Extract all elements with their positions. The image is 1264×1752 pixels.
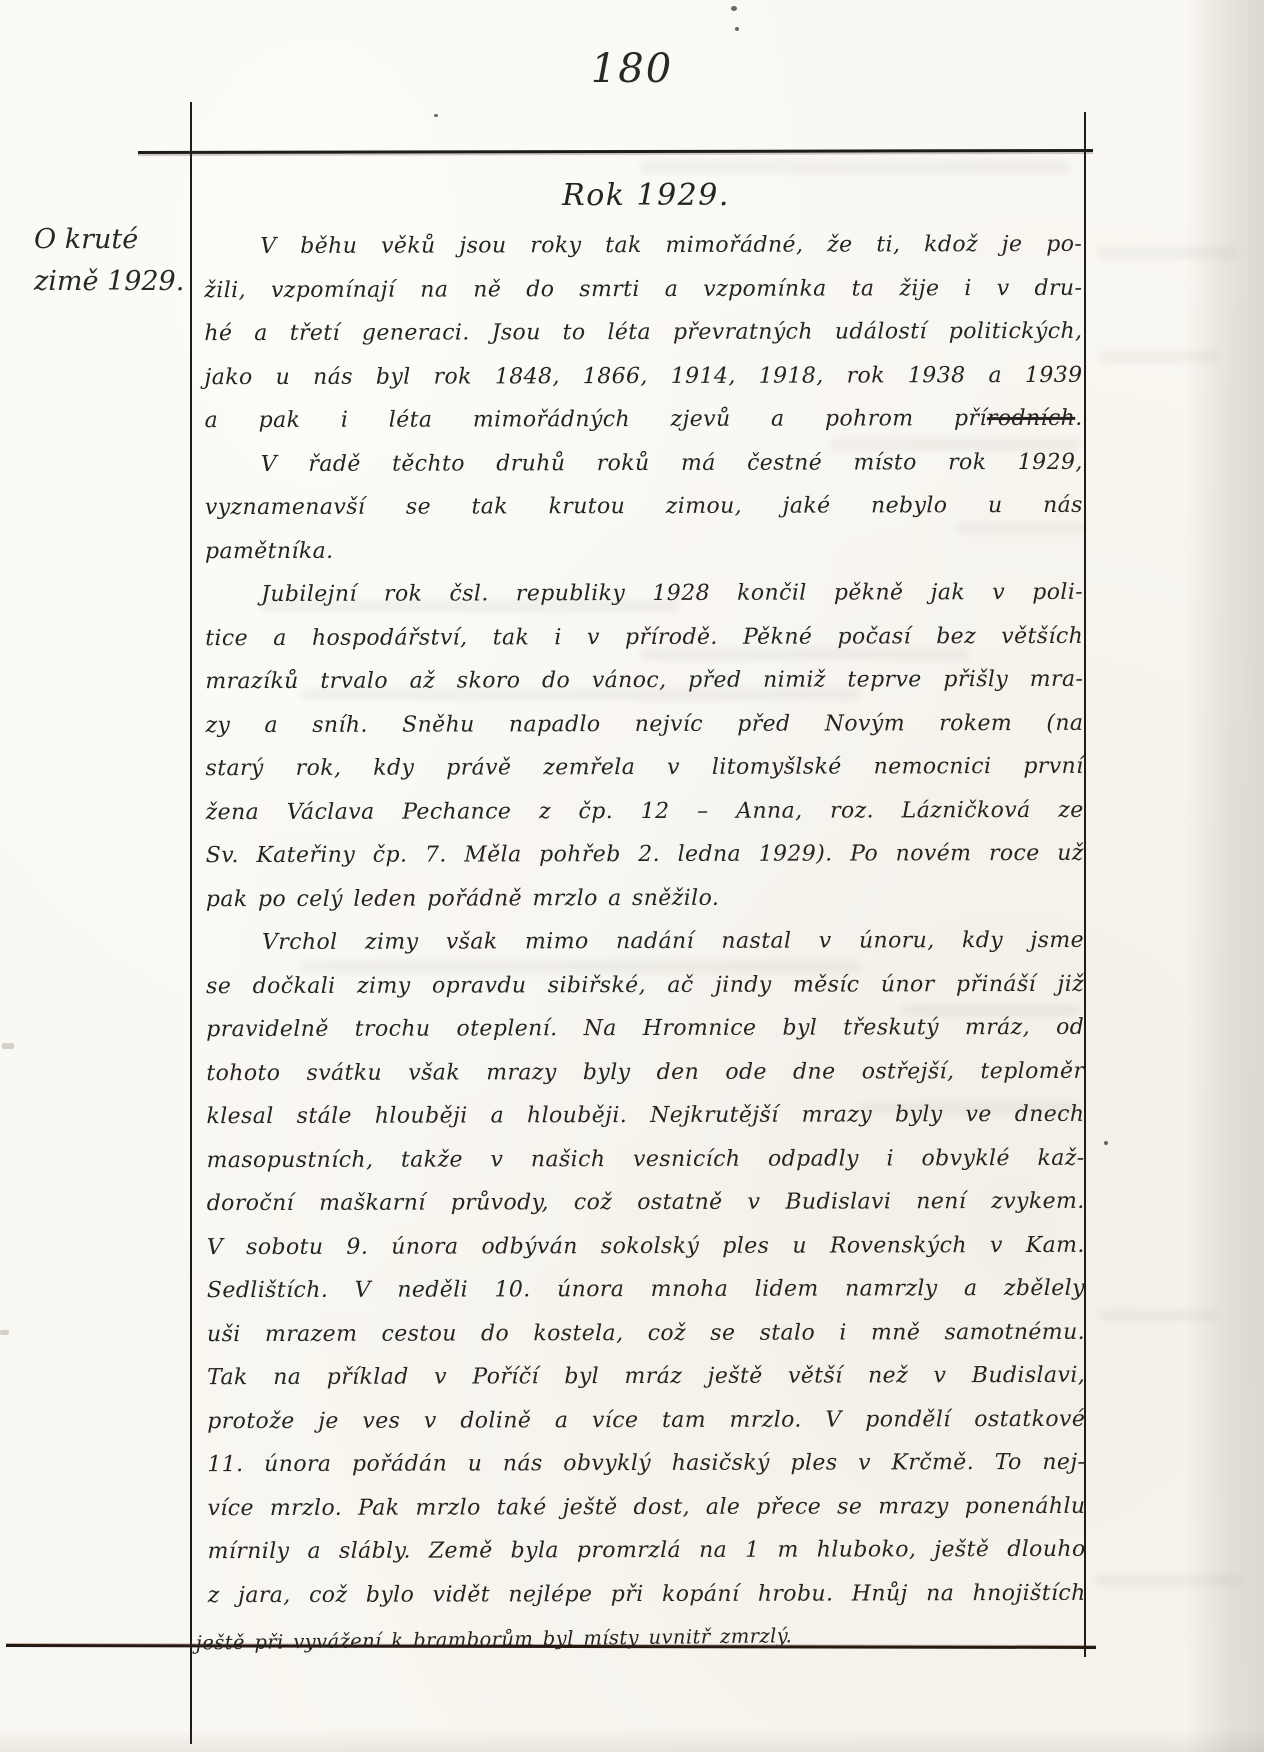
margin-note-line: zimě 1929. [34, 261, 194, 303]
bleedthrough-mark [1098, 247, 1238, 259]
handwritten-line: zy a sníh. Sněhu napadlo nejvíc před Nov… [205, 701, 1083, 747]
handwritten-line: mírnily a slábly. Země byla promrzlá na … [208, 1528, 1086, 1574]
handwritten-line: hé a třetí generaci. Jsou to léta převra… [204, 310, 1082, 356]
handwritten-line-with-strikethrough: a pak i léta mimořádných zjevů a pohrom … [205, 397, 1083, 443]
handwritten-line: pak po celý leden pořádně mrzlo a sněžil… [206, 875, 1084, 921]
handwritten-line: protože je ves v dolině a více tam mrzlo… [207, 1397, 1085, 1443]
struck-text: rodních [987, 406, 1075, 431]
handwritten-line: ještě při vyvážení k bramborům byl místy… [196, 1611, 1086, 1665]
handwritten-line: z jara, což bylo vidět nejlépe při kopán… [208, 1571, 1086, 1617]
page-corner [0, 0, 30, 30]
handwritten-line: V řadě těchto druhů roků má čestné místo… [205, 440, 1083, 486]
handwritten-line: masopustních, takže v našich vesnicích o… [207, 1136, 1085, 1182]
handwritten-line: uši mrazem cestou do kostela, což se sta… [207, 1310, 1085, 1356]
bleedthrough-mark [640, 160, 1070, 174]
handwritten-line: více mrzlo. Pak mrzlo také ještě dost, a… [207, 1484, 1085, 1530]
top-horizontal-rule [138, 149, 1093, 154]
handwritten-line: jako u nás byl rok 1848, 1866, 1914, 191… [204, 353, 1082, 399]
handwritten-line: 11. února pořádán u nás obvyklý hasičský… [207, 1441, 1085, 1487]
handwritten-line: pravidelně trochu oteplení. Na Hromnice … [206, 1006, 1084, 1052]
handwritten-body: V běhu věků jsou roky tak mimořádné, že … [204, 223, 1086, 1661]
scan-speck [735, 27, 739, 31]
handwritten-line: V běhu věků jsou roky tak mimořádné, že … [204, 223, 1082, 269]
margin-note: O kruté zimě 1929. [34, 219, 194, 303]
handwritten-line: Tak na příklad v Poříčí byl mráz ještě v… [207, 1354, 1085, 1400]
chronicle-page-scan: 180 O kruté zimě 1929. Rok 1929. V běhu … [0, 0, 1264, 1752]
handwritten-line: vyznamenavší se tak krutou zimou, jaké n… [205, 484, 1083, 530]
handwritten-line: žili, vzpomínají na ně do smrti a vzpomí… [204, 266, 1082, 312]
bleedthrough-mark [1100, 352, 1220, 362]
handwritten-line: tice a hospodářství, tak i v přírodě. Pě… [205, 614, 1083, 660]
scan-speck [731, 6, 737, 11]
handwritten-line: Sv. Kateřiny čp. 7. Měla pohřeb 2. ledna… [206, 832, 1084, 878]
scan-speck [1104, 1141, 1108, 1145]
handwritten-line: pamětníka. [205, 527, 1083, 573]
page-title: Rok 1929. [207, 178, 1085, 213]
handwritten-line: Sedlištích. V neděli 10. února mnoha lid… [207, 1267, 1085, 1313]
line-text: a pak i léta mimořádných zjevů a pohrom … [205, 406, 987, 433]
handwritten-line: Jubilejní rok čsl. republiky 1928 končil… [205, 571, 1083, 617]
bleedthrough-mark [1100, 1310, 1220, 1320]
page-edge-shadow [1186, 0, 1264, 1752]
handwritten-line: mrazíků trvalo až skoro do vánoc, před n… [205, 658, 1083, 704]
margin-note-line: O kruté [34, 219, 194, 261]
left-margin-rule [190, 102, 192, 1744]
handwritten-line: doroční maškarní průvody, což ostatně v … [207, 1180, 1085, 1226]
handwritten-line: starý rok, kdy právě zemřela v litomyšls… [205, 745, 1083, 791]
scan-speck [434, 114, 438, 117]
handwritten-line: žena Václava Pechance z čp. 12 – Anna, r… [206, 788, 1084, 834]
handwritten-line: tohoto svátku však mrazy byly den ode dn… [206, 1049, 1084, 1095]
bleedthrough-mark [1095, 1575, 1245, 1586]
scan-smudge [0, 1330, 9, 1335]
handwritten-line: se dočkali zimy opravdu sibiřské, ač jin… [206, 962, 1084, 1008]
handwritten-line: V sobotu 9. února odbýván sokolský ples … [207, 1223, 1085, 1269]
handwritten-line: Vrchol zimy však mimo nadání nastal v ún… [206, 919, 1084, 965]
scan-smudge [2, 1043, 14, 1049]
page-number: 180 [0, 46, 1264, 92]
line-text: . [1075, 406, 1082, 431]
handwritten-line: klesal stále hlouběji a hlouběji. Nejkru… [206, 1093, 1084, 1139]
